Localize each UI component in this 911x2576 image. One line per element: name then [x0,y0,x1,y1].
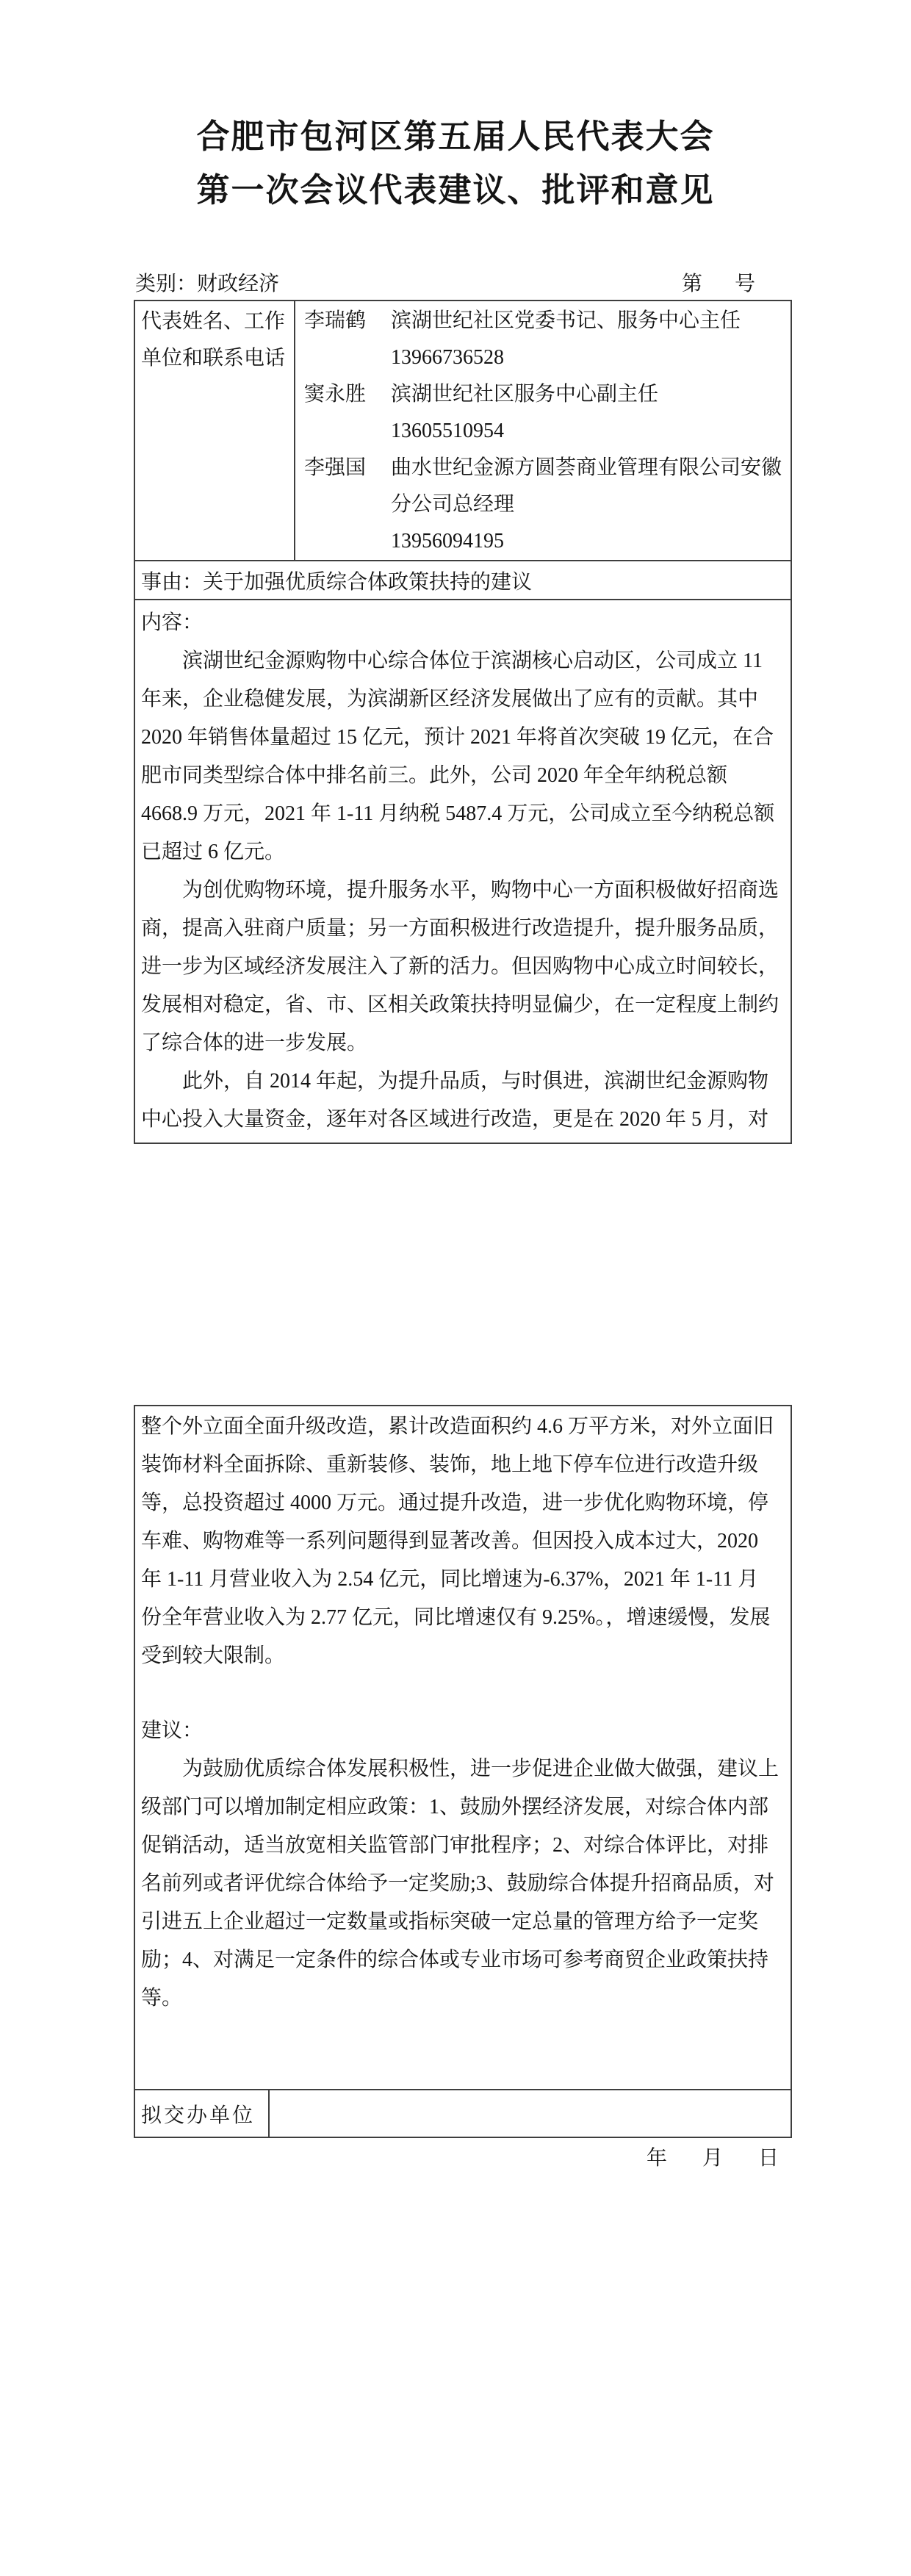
content-cell-page2: 整个外立面全面升级改造，累计改造面积约 4.6 万平方米，对外立面旧装饰材料全面… [135,1406,791,2090]
content-paragraph-3-end: 整个外立面全面升级改造，累计改造面积约 4.6 万平方米，对外立面旧装饰材料全面… [141,1408,779,1675]
assign-unit-label: 拟交办单位 [135,2090,270,2137]
number-prefix: 第 [682,267,702,297]
representative-entry: 李瑞鹤 滨湖世纪社区党委书记、服务中心主任 13966736528 [304,303,783,376]
assign-unit-value [270,2090,791,2137]
representatives-header-cell: 代表姓名、工作 单位和联系电话 [135,301,295,560]
representative-phone: 13956094195 [391,523,783,560]
date-day-label: 日 [758,2142,779,2171]
rep-header-line-1: 代表姓名、工作 [141,303,291,340]
representative-name: 窦永胜 [304,376,391,450]
representative-unit: 滨湖世纪社区服务中心副主任 [391,376,783,413]
assign-unit-row: 拟交办单位 [135,2090,791,2137]
representatives-row: 代表姓名、工作 单位和联系电话 李瑞鹤 滨湖世纪社区党委书记、服务中心主任 13… [135,301,791,561]
content-label: 内容： [141,604,779,642]
reason-text: 关于加强优质综合体政策扶持的建议 [203,566,532,595]
content-cell-page1: 内容： 滨湖世纪金源购物中心综合体位于滨湖核心启动区，公司成立 11 年来，企业… [135,600,791,1143]
date-month-label: 月 [702,2142,723,2171]
representative-name: 李强国 [304,450,391,560]
document-page: 合肥市包河区第五届人民代表大会 第一次会议代表建议、批评和意见 类别：财政经济 … [0,0,911,2576]
document-title: 合肥市包河区第五届人民代表大会 第一次会议代表建议、批评和意见 [0,110,911,217]
representative-name: 李瑞鹤 [304,303,391,376]
representative-entry: 李强国 曲水世纪金源方圆荟商业管理有限公司安徽分公司总经理 1395609419… [304,450,783,560]
reason-row: 事由： 关于加强优质综合体政策扶持的建议 [135,561,791,600]
representatives-cell: 李瑞鹤 滨湖世纪社区党委书记、服务中心主任 13966736528 窦永胜 滨湖… [295,301,791,560]
representative-detail: 滨湖世纪社区党委书记、服务中心主任 13966736528 [391,303,783,376]
representative-detail: 曲水世纪金源方圆荟商业管理有限公司安徽分公司总经理 13956094195 [391,450,783,560]
title-line-2: 第一次会议代表建议、批评和意见 [0,164,911,217]
main-table-page2: 整个外立面全面升级改造，累计改造面积约 4.6 万平方米，对外立面旧装饰材料全面… [134,1405,792,2138]
suggestion-paragraph: 为鼓励优质综合体发展积极性，进一步促进企业做大做强，建议上级部门可以增加制定相应… [141,1750,779,2018]
date-line: 年 月 日 [134,2138,792,2175]
meta-row: 类别：财政经济 第 号 [135,267,791,297]
content-paragraph-2: 为创优购物环境，提升服务水平，购物中心一方面积极做好招商选商，提高入驻商户质量；… [141,871,779,1062]
title-line-1: 合肥市包河区第五届人民代表大会 [0,110,911,164]
reason-label: 事由： [141,566,203,595]
content-paragraph-3-start: 此外，自 2014 年起，为提升品质，与时俱进，滨湖世纪金源购物中心投入大量资金… [141,1062,779,1139]
suggestion-label: 建议： [141,1712,779,1750]
number-field: 第 号 [682,267,755,297]
representative-entry: 窦永胜 滨湖世纪社区服务中心副主任 13605510954 [304,376,783,450]
representative-unit: 曲水世纪金源方圆荟商业管理有限公司安徽分公司总经理 [391,450,783,523]
representative-phone: 13966736528 [391,339,783,376]
representative-phone: 13605510954 [391,413,783,450]
main-table-page1: 代表姓名、工作 单位和联系电话 李瑞鹤 滨湖世纪社区党委书记、服务中心主任 13… [134,300,792,1144]
category-field: 类别：财政经济 [135,267,279,297]
representative-unit: 滨湖世纪社区党委书记、服务中心主任 [391,303,783,339]
number-suffix: 号 [735,267,755,297]
rep-header-line-2: 单位和联系电话 [141,340,291,377]
content-paragraph-1: 滨湖世纪金源购物中心综合体位于滨湖核心启动区，公司成立 11 年来，企业稳健发展… [141,642,779,871]
date-year-label: 年 [647,2142,667,2171]
representative-detail: 滨湖世纪社区服务中心副主任 13605510954 [391,376,783,450]
